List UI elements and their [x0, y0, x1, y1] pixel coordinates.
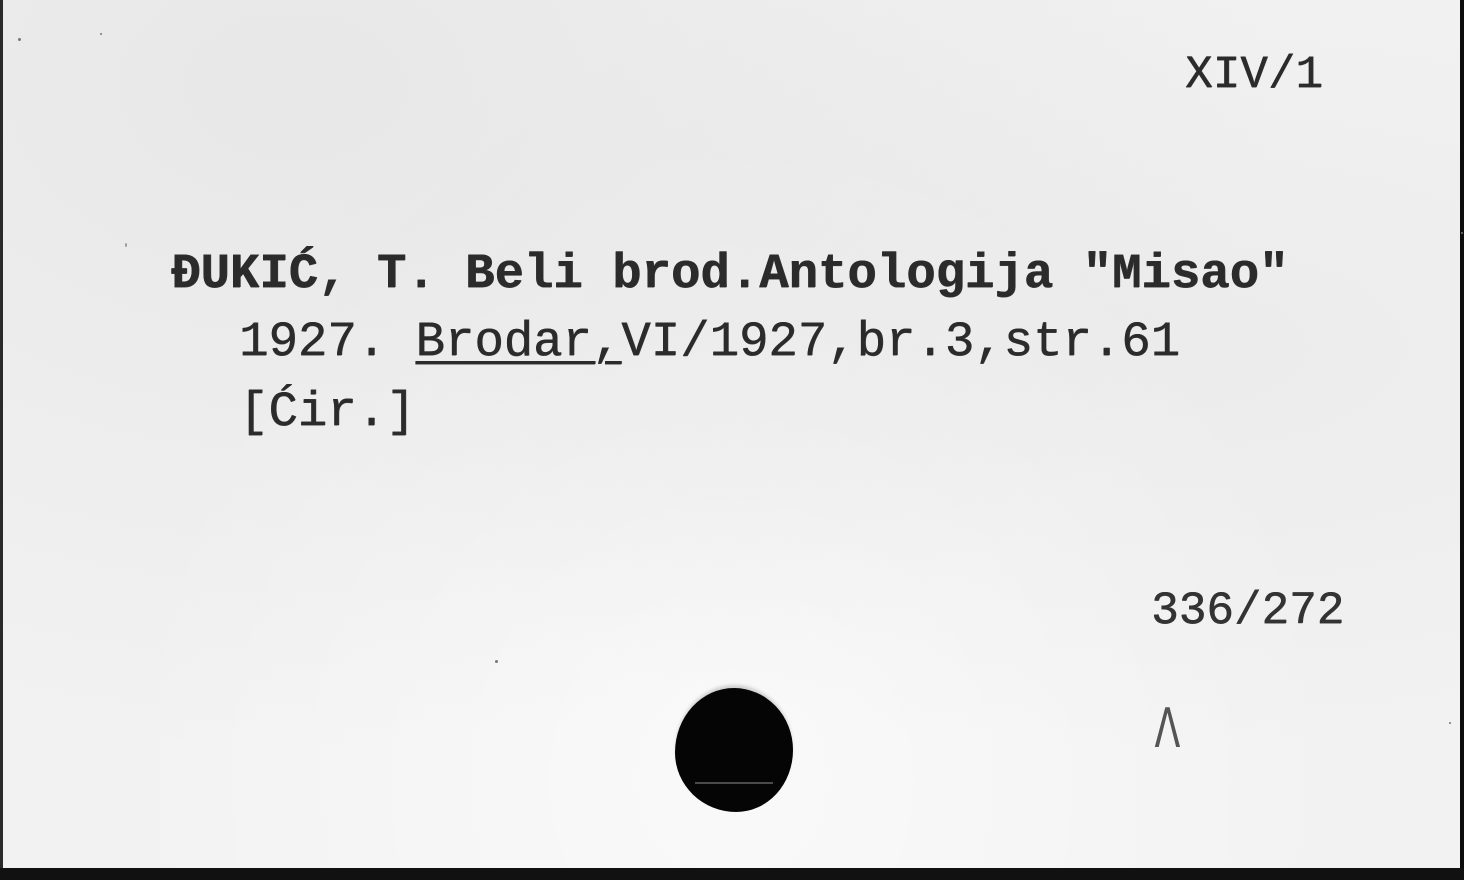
- entry-heading: ĐUKIĆ, T. Beli brod.Antologija "Misao": [171, 250, 1288, 299]
- catalog-card: XIV/1 ĐUKIĆ, T. Beli brod.Antologija "Mi…: [0, 0, 1460, 868]
- pencil-mark: Λ: [1155, 702, 1181, 756]
- entry-citation: VI/1927,br.3,str.61: [621, 314, 1180, 370]
- dust-speck: [495, 660, 498, 663]
- dust-speck: [18, 38, 21, 41]
- call-number: 336/272: [1151, 588, 1344, 634]
- dust-speck: [100, 33, 102, 35]
- dust-speck: [125, 243, 127, 247]
- script-note: [Ćir.]: [239, 388, 415, 437]
- entry-periodical: Brodar,: [415, 314, 621, 370]
- shelf-mark: XIV/1: [1185, 52, 1323, 98]
- dust-speck: [1461, 232, 1463, 234]
- punch-hole: [675, 688, 793, 812]
- dust-speck: [1449, 722, 1451, 724]
- entry-year: 1927.: [239, 314, 415, 370]
- entry-source-line: 1927. Brodar,VI/1927,br.3,str.61: [239, 318, 1180, 367]
- scan-border: [0, 868, 1464, 880]
